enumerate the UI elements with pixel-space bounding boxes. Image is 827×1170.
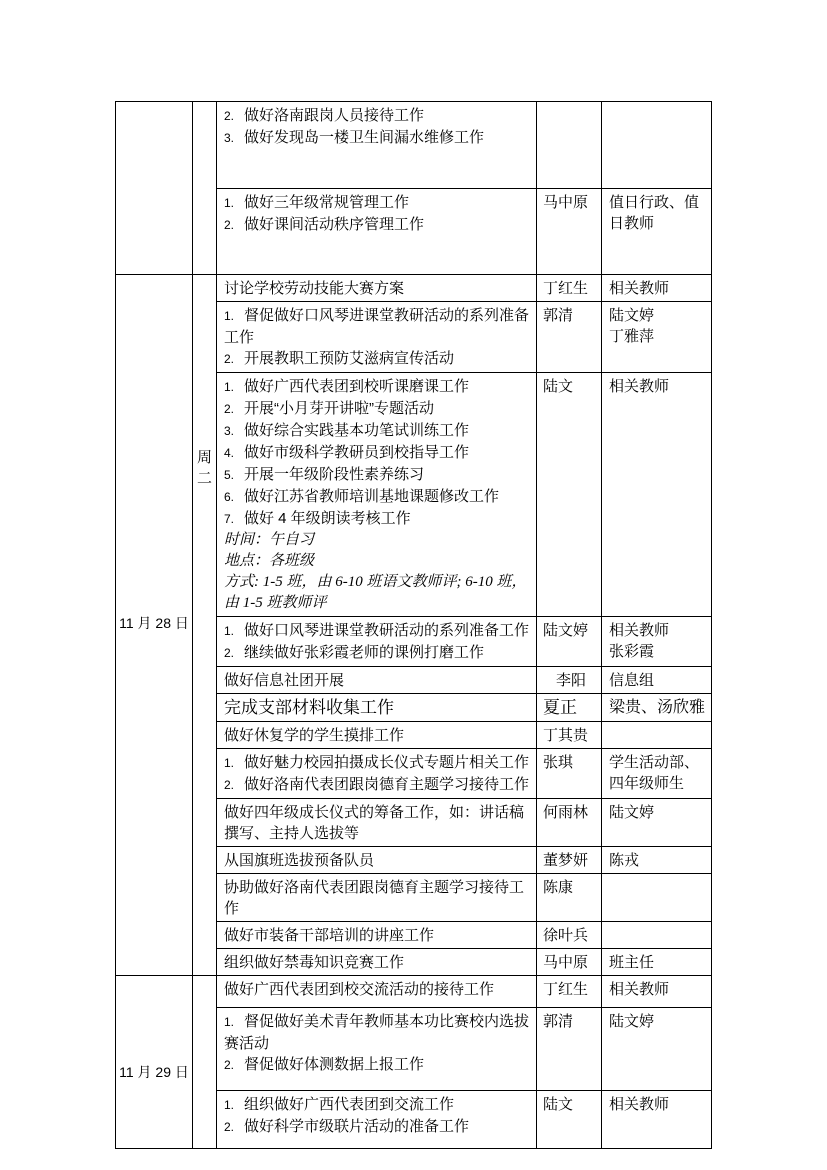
task-item: 从国旗班选拔预备队员 (224, 850, 529, 871)
task-text: 做好课间活动秩序管理工作 (244, 216, 424, 233)
task-text: 开展教职工预防艾滋病宣传活动 (244, 350, 454, 367)
person-name: 郭清 (543, 1011, 599, 1032)
task-item: 1.督促做好美术青年教师基本功比赛校内选拔赛活动 (224, 1011, 529, 1054)
task-number: 1. (224, 753, 244, 774)
related-name: 值日行政、值日教师 (609, 192, 708, 234)
date-label: 11 月 29 日 (119, 1064, 189, 1080)
person-cell: 马中原 (537, 949, 602, 976)
related-cell: 相关教师 (602, 373, 712, 617)
task-text: 讨论学校劳动技能大赛方案 (224, 280, 404, 297)
related-cell (602, 874, 712, 922)
related-name: 梁贵、汤欣雅 (609, 697, 708, 719)
related-name: 相关教师 (609, 620, 708, 641)
task-number: 2. (224, 215, 244, 236)
related-name: 班主任 (609, 952, 708, 973)
task-cell: 1.督促做好美术青年教师基本功比赛校内选拔赛活动2.督促做好体测数据上报工作 (217, 1007, 537, 1090)
task-text: 做好洛南代表团跟岗德育主题学习接待工作 (244, 776, 529, 793)
task-cell: 完成支部材料收集工作 (217, 694, 537, 722)
person-cell: 徐叶兵 (537, 922, 602, 949)
task-number: 2. (224, 643, 244, 664)
schedule-table: 2.做好洛南跟岗人员接待工作3.做好发现岛一楼卫生间漏水维修工作1.做好三年级常… (115, 101, 712, 1149)
task-number: 1. (224, 377, 244, 398)
task-text: 组织做好禁毒知识竞赛工作 (224, 954, 404, 971)
task-cell: 1.组织做好广西代表团到交流工作2.做好科学市级联片活动的准备工作 (217, 1090, 537, 1148)
task-cell: 1.做好广西代表团到校听课磨课工作2.开展“小月芽开讲啦”专题活动3.做好综合实… (217, 373, 537, 617)
person-cell: 陆文 (537, 1090, 602, 1148)
day-cell (193, 102, 217, 275)
task-cell: 做好信息社团开展 (217, 667, 537, 694)
person-name: 郭清 (543, 305, 599, 326)
person-name: 马中原 (543, 952, 599, 973)
task-number: 1. (224, 1012, 244, 1033)
task-number: 6. (224, 487, 244, 508)
task-text: 做好江苏省教师培训基地课题修改工作 (244, 488, 499, 505)
task-cell: 组织做好禁毒知识竞赛工作 (217, 949, 537, 976)
task-text: 方式: 1-5 班，由 6-10 班语文教师评; 6-10 班，由 1-5 班教… (224, 574, 526, 611)
task-text: 督促做好口风琴进课堂教研活动的系列准备工作 (224, 307, 529, 346)
person-name: 陆文 (543, 376, 599, 397)
task-item: 做好四年级成长仪式的筹备工作，如：讲话稿撰写、主持人选拔等 (224, 802, 529, 844)
related-cell: 相关教师 (602, 976, 712, 1008)
person-name: 丁红生 (543, 979, 599, 1000)
task-cell: 1.督促做好口风琴进课堂教研活动的系列准备工作2.开展教职工预防艾滋病宣传活动 (217, 302, 537, 373)
task-cell: 讨论学校劳动技能大赛方案 (217, 275, 537, 302)
task-number: 1. (224, 1095, 244, 1116)
task-text: 完成支部材料收集工作 (224, 698, 394, 717)
person-name: 董梦妍 (543, 850, 599, 871)
task-number: 1. (224, 621, 244, 642)
task-item: 2.开展“小月芽开讲啦”专题活动 (224, 398, 529, 420)
related-cell: 陈戎 (602, 847, 712, 874)
task-item: 做好市装备干部培训的讲座工作 (224, 925, 529, 946)
related-cell: 值日行政、值日教师 (602, 188, 712, 275)
task-text: 做好广西代表团到校听课磨课工作 (244, 378, 469, 395)
task-number: 2. (224, 349, 244, 370)
person-cell: 郭清 (537, 1007, 602, 1090)
person-cell: 郭清 (537, 302, 602, 373)
related-name: 相关教师 (609, 979, 708, 1000)
task-cell: 1.做好魅力校园拍摄成长仪式专题片相关工作2.做好洛南代表团跟岗德育主题学习接待… (217, 749, 537, 799)
task-text: 做好科学市级联片活动的准备工作 (244, 1118, 469, 1135)
task-item: 1.组织做好广西代表团到交流工作 (224, 1094, 529, 1116)
task-text: 做好市级科学教研员到校指导工作 (244, 444, 469, 461)
person-name: 陈康 (543, 877, 599, 898)
date-group: 2.做好洛南跟岗人员接待工作3.做好发现岛一楼卫生间漏水维修工作1.做好三年级常… (116, 102, 712, 275)
task-cell: 做好市装备干部培训的讲座工作 (217, 922, 537, 949)
related-cell: 陆文婷丁雅萍 (602, 302, 712, 373)
table-row: 11 月 29 日做好广西代表团到校交流活动的接待工作丁红生相关教师 (116, 976, 712, 1008)
task-item: 完成支部材料收集工作 (224, 697, 529, 719)
task-item: 4.做好市级科学教研员到校指导工作 (224, 442, 529, 464)
related-cell: 陆文婷 (602, 799, 712, 847)
person-name: 丁红生 (543, 278, 599, 299)
related-cell: 梁贵、汤欣雅 (602, 694, 712, 722)
related-name: 张彩霞 (609, 641, 708, 662)
task-item: 1.做好口风琴进课堂教研活动的系列准备工作 (224, 620, 529, 642)
task-number: 1. (224, 306, 244, 327)
task-number: 1. (224, 193, 244, 214)
date-cell: 11 月 28 日 (116, 275, 193, 976)
related-cell: 陆文婷 (602, 1007, 712, 1090)
task-text: 做好广西代表团到校交流活动的接待工作 (224, 981, 494, 998)
person-name: 夏正 (543, 697, 599, 719)
related-name: 相关教师 (609, 376, 708, 397)
related-cell: 班主任 (602, 949, 712, 976)
related-name: 陆文婷 (609, 802, 708, 823)
task-text: 时间：午自习 (224, 532, 314, 548)
task-text: 做好发现岛一楼卫生间漏水维修工作 (244, 129, 484, 146)
person-name: 马中原 (543, 192, 599, 213)
task-text: 督促做好美术青年教师基本功比赛校内选拔赛活动 (224, 1013, 529, 1052)
person-cell: 丁红生 (537, 976, 602, 1008)
task-text: 继续做好张彩霞老师的课例打磨工作 (244, 644, 484, 661)
task-text: 地点：各班级 (224, 553, 314, 569)
task-text: 做好综合实践基本功笔试训练工作 (244, 422, 469, 439)
person-cell: 董梦妍 (537, 847, 602, 874)
person-cell: 陆文 (537, 373, 602, 617)
task-item: 讨论学校劳动技能大赛方案 (224, 278, 529, 299)
task-number: 3. (224, 421, 244, 442)
task-item: 1.督促做好口风琴进课堂教研活动的系列准备工作 (224, 305, 529, 348)
person-cell: 夏正 (537, 694, 602, 722)
task-text: 开展一年级阶段性素养练习 (244, 466, 424, 483)
task-item: 做好休复学的学生摸排工作 (224, 725, 529, 746)
task-cell: 做好广西代表团到校交流活动的接待工作 (217, 976, 537, 1008)
task-item: 2.继续做好张彩霞老师的课例打磨工作 (224, 642, 529, 664)
task-item: 2.做好科学市级联片活动的准备工作 (224, 1116, 529, 1138)
task-cell: 1.做好口风琴进课堂教研活动的系列准备工作2.继续做好张彩霞老师的课例打磨工作 (217, 617, 537, 667)
person-cell: 何雨林 (537, 799, 602, 847)
person-name: 陆文婷 (543, 620, 599, 641)
person-cell: 陆文婷 (537, 617, 602, 667)
task-cell: 做好四年级成长仪式的筹备工作，如：讲话稿撰写、主持人选拔等 (217, 799, 537, 847)
task-text: 组织做好广西代表团到交流工作 (244, 1096, 454, 1113)
person-cell: 李阳 (537, 667, 602, 694)
task-text: 开展“小月芽开讲啦”专题活动 (244, 400, 434, 417)
person-name: 何雨林 (543, 802, 599, 823)
table-row: 2.做好洛南跟岗人员接待工作3.做好发现岛一楼卫生间漏水维修工作 (116, 102, 712, 189)
task-text: 做好魅力校园拍摄成长仪式专题片相关工作 (244, 754, 529, 771)
task-item: 2.督促做好体测数据上报工作 (224, 1054, 529, 1076)
task-item: 做好广西代表团到校交流活动的接待工作 (224, 979, 529, 1000)
task-item: 时间：午自习 (224, 530, 529, 551)
related-name: 信息组 (609, 670, 708, 691)
date-cell: 11 月 29 日 (116, 976, 193, 1149)
task-number: 2. (224, 399, 244, 420)
related-cell: 信息组 (602, 667, 712, 694)
person-cell (537, 102, 602, 189)
task-text: 做好休复学的学生摸排工作 (224, 727, 404, 744)
task-number: 4. (224, 443, 244, 464)
person-name: 张琪 (543, 752, 599, 773)
related-cell (602, 922, 712, 949)
task-item: 2.做好洛南代表团跟岗德育主题学习接待工作 (224, 774, 529, 796)
task-cell: 协助做好洛南代表团跟岗德育主题学习接待工作 (217, 874, 537, 922)
task-number: 2. (224, 1055, 244, 1076)
task-item: 协助做好洛南代表团跟岗德育主题学习接待工作 (224, 877, 529, 919)
person-name: 李阳 (543, 670, 599, 691)
task-item: 做好信息社团开展 (224, 670, 529, 691)
task-cell: 从国旗班选拔预备队员 (217, 847, 537, 874)
task-text: 从国旗班选拔预备队员 (224, 852, 374, 869)
day-cell: 周二 (193, 275, 217, 976)
person-cell: 陈康 (537, 874, 602, 922)
task-text: 协助做好洛南代表团跟岗德育主题学习接待工作 (224, 879, 524, 917)
person-cell: 丁其贵 (537, 722, 602, 749)
task-item: 7.做好 4 年级朗读考核工作 (224, 508, 529, 530)
task-item: 2.做好课间活动秩序管理工作 (224, 214, 529, 236)
document-page: 2.做好洛南跟岗人员接待工作3.做好发现岛一楼卫生间漏水维修工作1.做好三年级常… (0, 0, 827, 1170)
date-group: 11 月 28 日周二讨论学校劳动技能大赛方案丁红生相关教师1.督促做好口风琴进… (116, 275, 712, 976)
task-cell: 1.做好三年级常规管理工作2.做好课间活动秩序管理工作 (217, 188, 537, 275)
task-cell: 做好休复学的学生摸排工作 (217, 722, 537, 749)
person-cell: 张琪 (537, 749, 602, 799)
task-text: 做好 4 年级朗读考核工作 (244, 510, 411, 527)
task-item: 1.做好魅力校园拍摄成长仪式专题片相关工作 (224, 752, 529, 774)
task-text: 做好市装备干部培训的讲座工作 (224, 927, 434, 944)
person-name: 丁其贵 (543, 725, 599, 746)
task-number: 5. (224, 465, 244, 486)
related-cell: 学生活动部、四年级师生 (602, 749, 712, 799)
task-text: 做好三年级常规管理工作 (244, 194, 409, 211)
task-number: 3. (224, 128, 244, 149)
task-number: 2. (224, 1117, 244, 1138)
table-row: 11 月 28 日周二讨论学校劳动技能大赛方案丁红生相关教师 (116, 275, 712, 302)
task-item: 2.做好洛南跟岗人员接待工作 (224, 105, 529, 127)
person-name: 徐叶兵 (543, 925, 599, 946)
person-name: 陆文 (543, 1094, 599, 1115)
task-item: 方式: 1-5 班，由 6-10 班语文教师评; 6-10 班，由 1-5 班教… (224, 572, 529, 614)
related-cell: 相关教师张彩霞 (602, 617, 712, 667)
related-cell (602, 102, 712, 189)
task-item: 地点：各班级 (224, 551, 529, 572)
task-item: 3.做好综合实践基本功笔试训练工作 (224, 420, 529, 442)
date-group: 11 月 29 日做好广西代表团到校交流活动的接待工作丁红生相关教师1.督促做好… (116, 976, 712, 1149)
task-item: 5.开展一年级阶段性素养练习 (224, 464, 529, 486)
task-text: 做好信息社团开展 (224, 672, 344, 689)
task-item: 1.做好广西代表团到校听课磨课工作 (224, 376, 529, 398)
related-name: 相关教师 (609, 1094, 708, 1115)
person-cell: 马中原 (537, 188, 602, 275)
task-item: 3.做好发现岛一楼卫生间漏水维修工作 (224, 127, 529, 149)
task-cell: 2.做好洛南跟岗人员接待工作3.做好发现岛一楼卫生间漏水维修工作 (217, 102, 537, 189)
related-name: 丁雅萍 (609, 326, 708, 347)
task-item: 组织做好禁毒知识竞赛工作 (224, 952, 529, 973)
related-cell (602, 722, 712, 749)
related-cell: 相关教师 (602, 275, 712, 302)
task-number: 2. (224, 106, 244, 127)
date-cell (116, 102, 193, 275)
task-item: 1.做好三年级常规管理工作 (224, 192, 529, 214)
task-number: 2. (224, 775, 244, 796)
day-cell (193, 976, 217, 1149)
task-text: 做好口风琴进课堂教研活动的系列准备工作 (244, 622, 529, 639)
person-cell: 丁红生 (537, 275, 602, 302)
related-cell: 相关教师 (602, 1090, 712, 1148)
related-name: 陆文婷 (609, 1011, 708, 1032)
task-item: 2.开展教职工预防艾滋病宣传活动 (224, 348, 529, 370)
task-text: 做好洛南跟岗人员接待工作 (244, 107, 424, 124)
related-name: 相关教师 (609, 278, 708, 299)
related-name: 陈戎 (609, 850, 708, 871)
task-number: 7. (224, 509, 244, 530)
weekday-label: 周二 (197, 449, 212, 487)
date-label: 11 月 28 日 (119, 615, 189, 631)
related-name: 学生活动部、四年级师生 (609, 752, 708, 794)
task-text: 督促做好体测数据上报工作 (244, 1056, 424, 1073)
related-name: 陆文婷 (609, 305, 708, 326)
task-item: 6.做好江苏省教师培训基地课题修改工作 (224, 486, 529, 508)
task-text: 做好四年级成长仪式的筹备工作，如：讲话稿撰写、主持人选拔等 (224, 804, 524, 842)
